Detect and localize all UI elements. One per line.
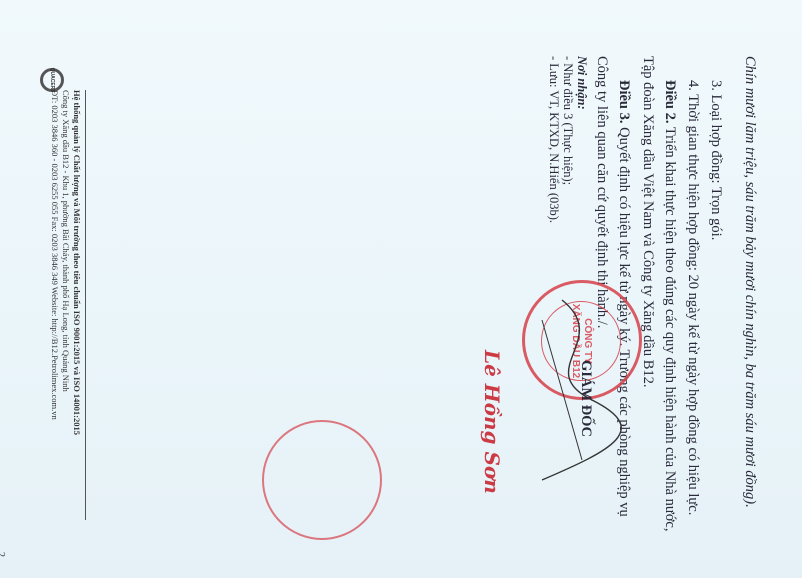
recipients-title: Nơi nhận: — [575, 56, 589, 223]
secondary-stamp-arc — [262, 420, 382, 540]
document-page: Chín mươi lăm triệu, sáu trăm bảy mươi c… — [0, 0, 802, 578]
quacert-logo-icon: QUACERT — [40, 68, 64, 92]
footer-contact: ĐT: 0203 3846 360 - 0203 6255 055 Fax: 0… — [49, 90, 60, 520]
recipients-block: Nơi nhận: - Như điều 3 (Thực hiện); - Lư… — [547, 56, 589, 223]
article-2-text: Triển khai thực hiện theo đúng các quy đ… — [662, 124, 678, 532]
signer-name: Lê Hồng Sơn — [480, 350, 504, 494]
article-2: Điều 2. Triển khai thực hiện theo đúng c… — [661, 80, 678, 531]
article-3-label: Điều 3. — [616, 80, 632, 124]
amount-in-words: Chín mươi lăm triệu, sáu trăm bảy mươi c… — [741, 56, 758, 508]
director-title: GIÁM ĐỐC — [577, 360, 594, 437]
recipient-item: - Lưu: VT, KTXD, N.Hiển (03b). — [547, 56, 561, 223]
article-2-label: Điều 2. — [662, 80, 678, 124]
contract-type: 3. Loại hợp đồng: Trọn gói. — [707, 80, 724, 240]
footer-address: Công ty Xăng dầu B12 - Khu 1, phường Bãi… — [60, 90, 71, 520]
page-number: 2 — [0, 552, 6, 557]
contract-time: 4. Thời gian thực hiện hợp đồng: 20 ngày… — [684, 80, 701, 515]
footer: Hệ thống quản lý Chất lượng và Môi trườn… — [49, 90, 86, 520]
footer-iso: Hệ thống quản lý Chất lượng và Môi trườn… — [71, 90, 82, 520]
recipient-item: - Như điều 3 (Thực hiện); — [561, 56, 575, 223]
